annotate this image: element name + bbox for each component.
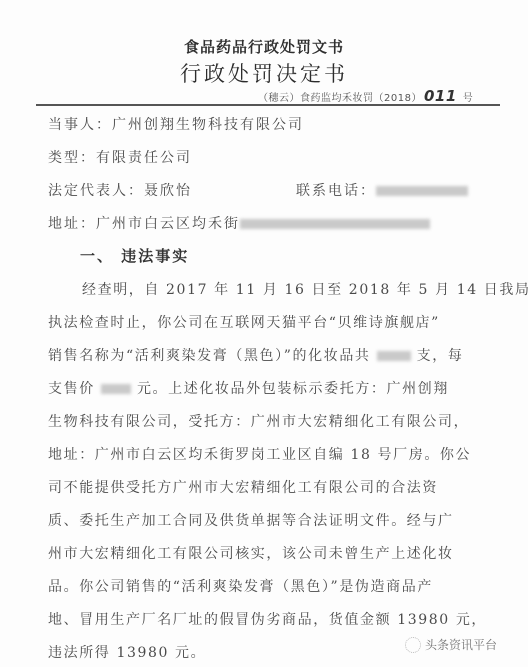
field-address: 地址：广州市白云区均禾街 [48, 213, 430, 233]
field-party-label: 当事人： [48, 117, 112, 133]
field-type-value: 有限责任公司 [96, 150, 192, 166]
body-line: 司不能提供受托方广州市大宏精细化工有限公司的合法资 [48, 477, 488, 497]
body-line: 执法检查时止，你公司在互联网天猫平台“贝维诗旗舰店” [48, 312, 488, 332]
watermark-text: 头条资讯平台 [425, 636, 497, 653]
body-line: 地址：广州市白云区均禾街罗岗工业区自编 18 号厂房。你公 [48, 444, 488, 464]
field-address-label: 地址： [48, 216, 96, 232]
watermark: 头条资讯平台 [405, 636, 497, 653]
document-category: 食品药品行政处罚文书 [0, 36, 528, 57]
body-line: 品。你公司销售的“活利爽染发膏（黑色）”是伪造商品产 [48, 576, 488, 596]
watermark-logo-icon [405, 637, 421, 653]
body-line: 质、委托生产加工合同及供货单据等合法证明文件。经与广 [48, 510, 488, 530]
body-line-part: 销售名称为“活利爽染发膏（黑色）”的化妆品共 [48, 348, 371, 364]
document-title: 行政处罚决定书 [0, 58, 528, 88]
body-line: 地、冒用生产厂名厂址的假冒伪劣商品，货值金额 13980 元， [48, 609, 488, 629]
redacted-phone [376, 186, 468, 196]
document-page: 食品药品行政处罚文书 行政处罚决定书 （穗云）食药监均禾妆罚（2018）011号… [0, 0, 528, 667]
field-type-label: 类型： [48, 150, 96, 166]
redacted-quantity [377, 351, 411, 361]
document-number-prefix: （穗云）食药监均禾妆罚（2018） [258, 93, 422, 104]
redacted-address [240, 219, 430, 229]
body-line-part: 支售价 [48, 381, 95, 397]
body-line: 支售价 元。上述化妆品外包装标示委托方：广州创翔 [48, 378, 488, 398]
document-number-handwritten: 011 [424, 87, 457, 105]
body-line: 销售名称为“活利爽染发膏（黑色）”的化妆品共 支，每 [48, 345, 488, 365]
body-line: 经查明，自 2017 年 11 月 16 日至 2018 年 5 月 14 日我… [82, 279, 492, 299]
section-heading-facts: 一、 违法事实 [80, 245, 189, 266]
redacted-price [101, 384, 131, 394]
body-line-part: 元。上述化妆品外包装标示委托方：广州创翔 [137, 381, 449, 397]
document-number: （穗云）食药监均禾妆罚（2018）011号 [258, 87, 473, 105]
field-party: 当事人：广州创翔生物科技有限公司 [48, 114, 304, 134]
field-type: 类型：有限责任公司 [48, 147, 192, 167]
body-line: 生物科技有限公司，受托方：广州市大宏精细化工有限公司， [48, 411, 488, 431]
field-address-value: 广州市白云区均禾街 [96, 216, 240, 232]
field-phone-label: 联系电话： [296, 183, 376, 199]
field-legal-rep: 法定代表人：聂欣怡 [48, 180, 192, 200]
field-legal-rep-value: 聂欣怡 [144, 183, 192, 199]
field-party-value: 广州创翔生物科技有限公司 [112, 117, 304, 133]
field-phone: 联系电话： [296, 180, 468, 200]
document-number-suffix: 号 [463, 93, 474, 104]
header-divider [36, 104, 500, 106]
body-line-part: 支，每 [417, 348, 464, 364]
body-line: 州市大宏精细化工有限公司核实，该公司未曾生产上述化妆 [48, 543, 488, 563]
field-legal-rep-label: 法定代表人： [48, 183, 144, 199]
